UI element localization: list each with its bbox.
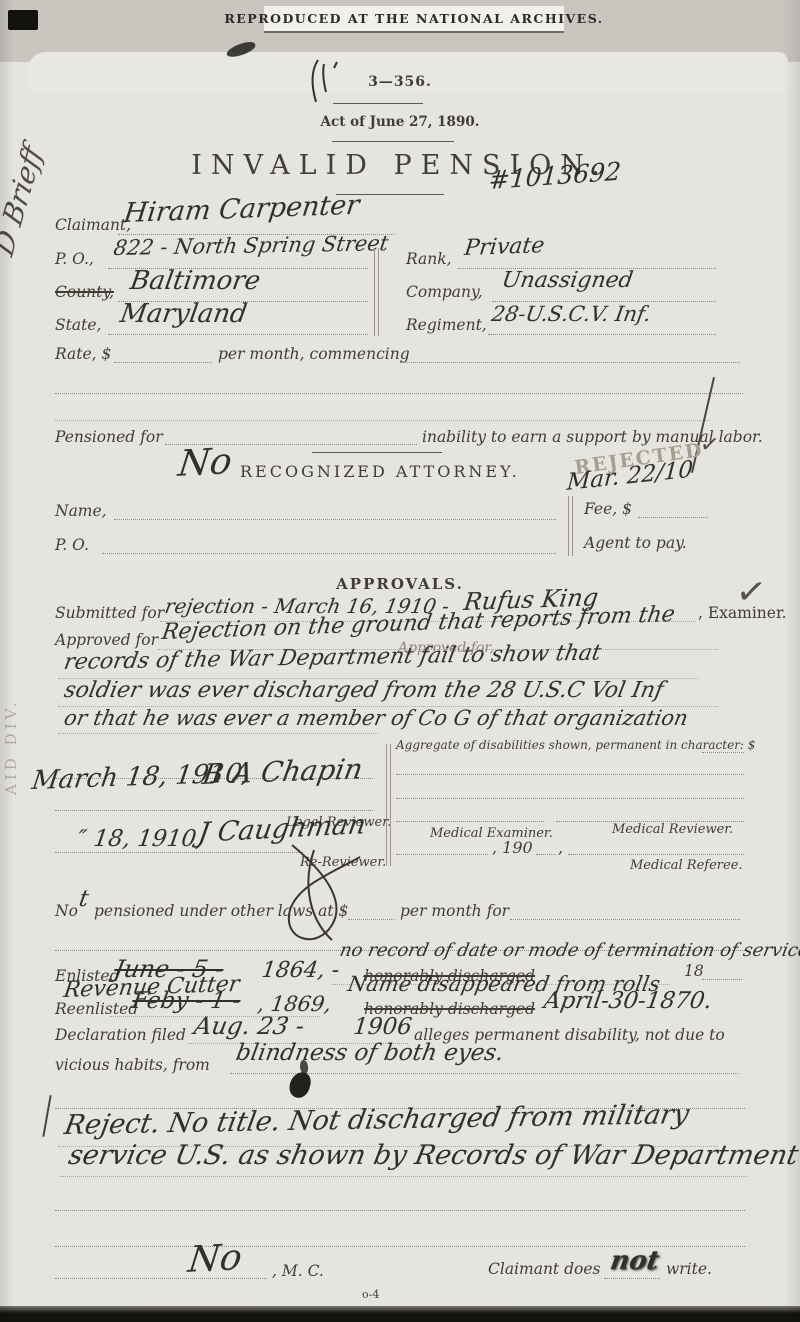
approved-line4: or that he was ever a member of Co G of … xyxy=(62,706,690,730)
attorney-name-label: Name, xyxy=(55,502,107,520)
regiment-value: 28-U.S.C.V. Inf. xyxy=(490,302,653,326)
enlisted-year: 1864, - xyxy=(260,958,341,983)
write-label: write. xyxy=(666,1260,712,1278)
act-label: Act of June 27, 1890. xyxy=(295,114,505,130)
discharge-date: April-30-1870. xyxy=(542,988,714,1014)
scanned-pension-document: REPRODUCED AT THE NATIONAL ARCHIVES. 3—3… xyxy=(0,0,800,1322)
column-divider xyxy=(568,496,573,556)
rate-label: Rate, $ xyxy=(55,345,111,363)
declaration-date: Aug. 23 - xyxy=(192,1012,307,1040)
dotted-line xyxy=(396,854,488,855)
dotted-line xyxy=(114,362,212,363)
footer-no-value: No xyxy=(186,1237,244,1281)
approved-label: Approved for xyxy=(55,631,158,649)
dotted-line xyxy=(108,334,368,335)
dotted-line xyxy=(58,733,378,734)
form-number: 3—356. xyxy=(340,74,460,90)
national-archives-banner: REPRODUCED AT THE NATIONAL ARCHIVES. xyxy=(264,6,564,33)
dotted-line xyxy=(488,334,716,335)
dotted-line xyxy=(702,979,742,980)
company-label: Company, xyxy=(406,283,483,301)
other-laws-suffix: per month for xyxy=(400,902,509,920)
dotted-line xyxy=(102,553,556,554)
scan-left-edge xyxy=(0,0,14,1322)
no-record-note: no record of date or mode of termination… xyxy=(338,940,800,961)
dotted-line xyxy=(55,393,743,394)
attorney-po-label: P. O. xyxy=(55,536,89,554)
medical-reviewer-label: Medical Reviewer. xyxy=(612,822,733,837)
dotted-line xyxy=(55,1210,745,1211)
dotted-line xyxy=(396,821,544,822)
approved-line3: soldier was ever discharged from the 28 … xyxy=(62,678,666,703)
examiner-label: , Examiner. xyxy=(698,604,787,622)
dotted-line xyxy=(536,854,556,855)
rereview-signature: J Caughman xyxy=(196,809,368,849)
dotted-line xyxy=(348,919,394,920)
po-value: 822 - North Spring Street xyxy=(112,231,390,260)
divider xyxy=(332,141,454,142)
page-mark: o-4 xyxy=(362,1288,379,1301)
dotted-line xyxy=(638,517,708,518)
dotted-line xyxy=(568,854,744,855)
other-laws-text: pensioned under other laws at $ xyxy=(94,902,348,920)
pen-mark xyxy=(42,1095,51,1137)
county-label: County, xyxy=(55,283,114,301)
dotted-line xyxy=(114,519,556,520)
disability-value: blindness of both eyes. xyxy=(234,1040,506,1066)
aggregate-label: Aggregate of disabilities shown, permane… xyxy=(396,738,755,752)
claimant-value: Hiram Carpenter xyxy=(122,190,361,229)
check-icon: ✓ xyxy=(698,431,721,459)
dotted-line xyxy=(702,752,744,753)
legal-signature: B A Chapin xyxy=(200,752,365,791)
reject-note-line2: service U.S. as shown by Records of War … xyxy=(66,1140,800,1171)
approvals-heading: APPROVALS. xyxy=(0,575,800,593)
attorney-no-value: No xyxy=(176,441,234,485)
state-value: Maryland xyxy=(118,299,249,329)
divider xyxy=(333,103,423,104)
company-value: Unassigned xyxy=(500,268,635,293)
reenlisted-date: Feby - 1 - xyxy=(130,988,243,1014)
dotted-line xyxy=(400,362,740,363)
commencing-label: per month, commencing xyxy=(218,345,410,363)
banner-text: REPRODUCED AT THE NATIONAL ARCHIVES. xyxy=(224,11,603,26)
other-laws-hw-t: t xyxy=(77,886,91,912)
fee-label: Fee, $ xyxy=(584,500,632,518)
submitted-label: Submitted for xyxy=(55,604,164,622)
page-title: INVALID PENSION. xyxy=(0,150,800,181)
dotted-line xyxy=(604,1278,660,1279)
dotted-line xyxy=(396,798,744,799)
regiment-label: Regiment, xyxy=(406,316,487,334)
rank-value: Private xyxy=(463,233,546,261)
mc-label: , M. C. xyxy=(272,1262,324,1280)
declaration-text2: vicious habits, from xyxy=(55,1056,210,1074)
scan-right-edge xyxy=(784,0,800,1322)
medical-referee-label: Medical Referee. xyxy=(630,858,743,873)
medical-year: , 190 xyxy=(492,838,533,857)
signature-flourish xyxy=(252,845,402,955)
pensioned-label: Pensioned for xyxy=(55,428,163,446)
dotted-line xyxy=(55,420,710,421)
claimant-label: Claimant, xyxy=(55,216,131,234)
dotted-line xyxy=(60,1176,748,1177)
county-value: Baltimore xyxy=(128,266,263,296)
column-divider xyxy=(374,248,379,336)
po-label: P. O., xyxy=(55,250,94,268)
medical-year-comma: , xyxy=(558,838,563,857)
dotted-line xyxy=(396,774,744,775)
dotted-line xyxy=(510,919,740,920)
state-label: State, xyxy=(55,316,101,334)
other-laws-no: No xyxy=(55,902,78,920)
declaration-year: 1906 xyxy=(352,1014,413,1040)
claimant-does-label: Claimant does xyxy=(488,1260,600,1278)
agent-label: Agent to pay. xyxy=(584,534,687,552)
rereview-date: ″ 18, 1910, xyxy=(76,826,205,852)
declaration-label: Declaration filed xyxy=(55,1026,186,1044)
ink-blot xyxy=(287,1070,313,1100)
rank-label: Rank, xyxy=(406,250,452,268)
year-18: 18 xyxy=(684,962,704,980)
divider xyxy=(312,452,442,453)
scan-bottom-bar xyxy=(0,1306,800,1322)
reject-note-line1: Reject. No title. Not discharged from mi… xyxy=(62,1099,691,1141)
attorney-heading: RECOGNIZED ATTORNEY. xyxy=(240,462,520,481)
footer-not-value: not xyxy=(608,1246,662,1276)
